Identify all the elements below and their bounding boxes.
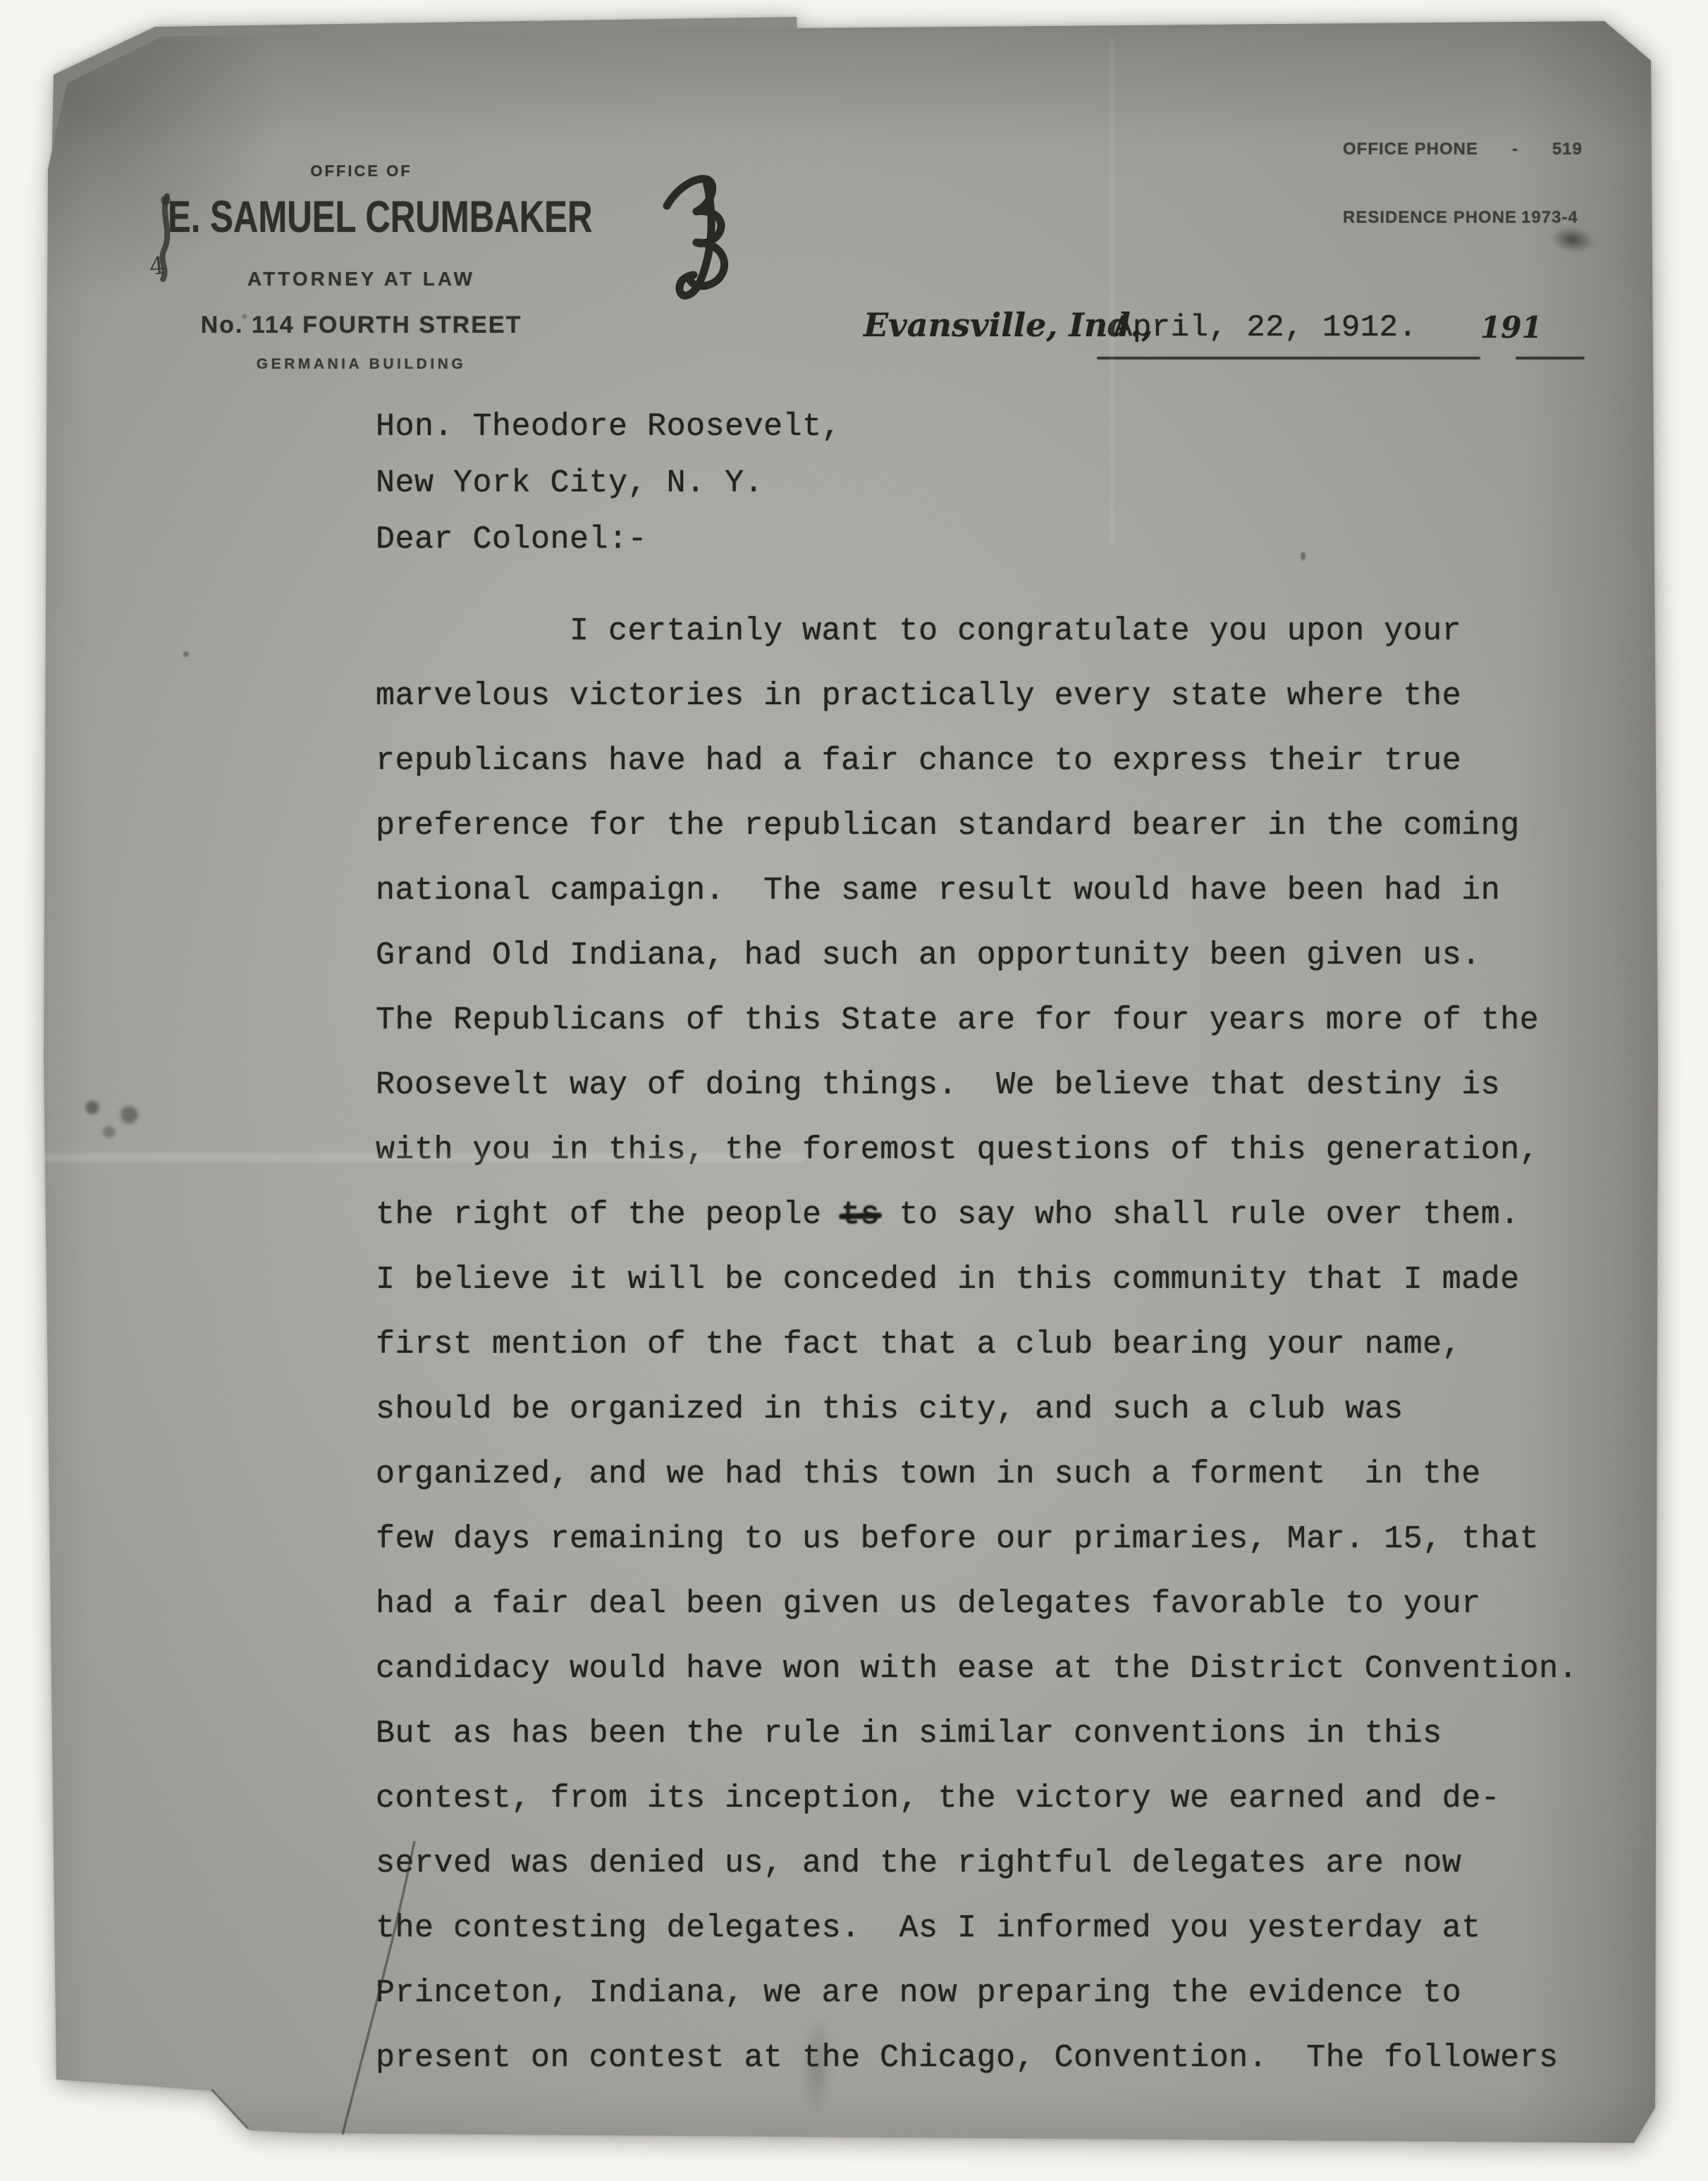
residence-phone-row: RESIDENCE PHONE 1973-4 [1343, 208, 1583, 228]
letter-line: republicans have had a fair chance to ex… [376, 743, 1461, 779]
letter-line: the contesting delegates. As I informed … [376, 1910, 1481, 1946]
letter-line: contest, from its inception, the victory… [376, 1781, 1500, 1817]
letter-line: candidacy would have won with ease at th… [376, 1651, 1578, 1687]
vertical-crease [1111, 39, 1113, 546]
office-phone-separator: - [1512, 140, 1518, 159]
office-phone-row: OFFICE PHONE - 519 [1343, 140, 1583, 159]
letter-line: I certainly want to congratulate you upo… [376, 613, 1461, 649]
letter-line: Princeton, Indiana, we are now preparing… [376, 1975, 1461, 2011]
letter-line: few days remaining to us before our prim… [376, 1521, 1539, 1557]
recipient-name-line: Hon. Theodore Roosevelt, [376, 409, 841, 445]
letter-line: the right of the people ts to say who sh… [376, 1197, 1520, 1233]
paper-speck [242, 314, 247, 319]
paper-speck [183, 651, 189, 657]
letter-line: preference for the republican standard b… [376, 808, 1520, 844]
residence-phone-number: 1973-4 [1521, 208, 1578, 228]
letterhead-title: ATTORNEY AT LAW [169, 268, 553, 290]
paper-speck [1301, 552, 1305, 560]
letter-line: had a fair deal been given us delegates … [376, 1586, 1481, 1622]
letterhead-phones: OFFICE PHONE - 519 RESIDENCE PHONE 1973-… [1343, 100, 1583, 267]
struck-out-word: ts [841, 1197, 880, 1233]
paper-speck [1298, 753, 1303, 762]
letterhead-name: E. SAMUEL CRUMBAKER [168, 192, 592, 242]
pencil-mark-4: 4 [148, 252, 166, 281]
residence-phone-label: RESIDENCE PHONE [1343, 208, 1517, 228]
letter-line: served was denied us, and the rightful d… [376, 1845, 1461, 1881]
page-photo: { "colors": { "background": "#f4f3f0", "… [0, 0, 1708, 2181]
letter-line: The Republicans of this State are for fo… [376, 1002, 1539, 1038]
letterhead-building: GERMANIA BUILDING [169, 356, 553, 373]
letter-line: marvelous victories in practically every… [376, 678, 1461, 714]
letter-line: I believe it will be conceded in this co… [376, 1262, 1520, 1298]
horizontal-crease [44, 1153, 805, 1162]
dateline-rule-right [1516, 357, 1585, 360]
letterhead-street-address: No. 114 FOURTH STREET [169, 312, 553, 339]
office-phone-label: OFFICE PHONE [1343, 140, 1478, 159]
bottom-smudge [792, 1994, 841, 2140]
recipient-city-line: New York City, N. Y. [376, 465, 763, 501]
dateline-printed-191: 191 [1480, 310, 1542, 345]
line-text: to say who shall rule over them. [880, 1197, 1520, 1233]
letter-line: present on contest at the Chicago, Conve… [376, 2040, 1559, 2076]
dateline-typed-date: April, 22, 1912. [1114, 310, 1417, 345]
letter-line: first mention of the fact that a club be… [376, 1327, 1461, 1363]
office-phone-number: 519 [1552, 140, 1583, 159]
letter-line: Grand Old Indiana, had such an opportuni… [376, 938, 1481, 973]
letter-line: organized, and we had this town in such … [376, 1456, 1481, 1492]
letter-line: with you in this, the foremost questions… [376, 1132, 1539, 1168]
letterhead-office-of: OFFICE OF [169, 162, 553, 180]
letter-line: But as has been the rule in similar conv… [376, 1716, 1442, 1752]
dateline-rule-left [1097, 357, 1480, 360]
left-margin-smudge [79, 1093, 146, 1142]
line-text: the right of the people [376, 1197, 841, 1233]
salutation: Dear Colonel:- [376, 522, 647, 558]
photograph-of-letter: OFFICE OF E. SAMUEL CRUMBAKER ATTORNEY A… [0, 0, 1708, 2181]
dateline-place: Evansville, Ind., [864, 306, 1153, 344]
letter-line: national campaign. The same result would… [376, 873, 1500, 909]
letter-line: should be organized in this city, and su… [376, 1391, 1403, 1427]
letter-line: Roosevelt way of doing things. We believ… [376, 1067, 1500, 1103]
